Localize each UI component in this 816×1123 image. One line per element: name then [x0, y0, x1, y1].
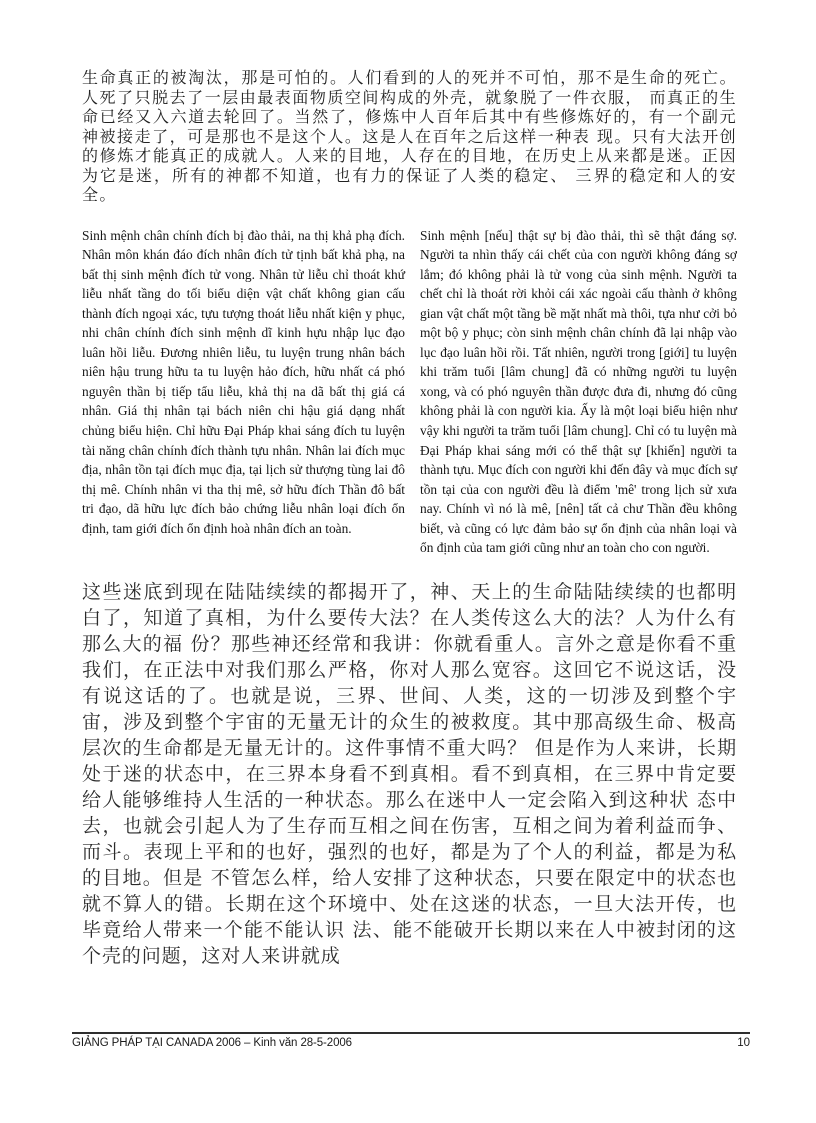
column-han-viet-transliteration: Sinh mệnh chân chính đích bị đào thải, n… — [82, 226, 405, 558]
page-content: 生命真正的被淘汰，那是可怕的。人们看到的人的死并不可怕，那不是生命的死亡。人死了… — [82, 68, 737, 969]
column-vietnamese-translation: Sinh mệnh [nếu] thật sự bị đào thải, thì… — [420, 226, 737, 558]
page-number: 10 — [737, 1037, 750, 1049]
footer-document-title: GIẢNG PHÁP TẠI CANADA 2006 – Kinh văn 28… — [72, 1037, 352, 1049]
paragraph-chinese-intro: 生命真正的被淘汰，那是可怕的。人们看到的人的死并不可怕，那不是生命的死亡。人死了… — [82, 68, 737, 205]
paragraph-chinese-body: 这些迷底到现在陆陆续续的都揭开了，神、天上的生命陆陆续续的也都明白了，知道了真相… — [82, 579, 737, 969]
two-column-section: Sinh mệnh chân chính đích bị đào thải, n… — [82, 226, 737, 558]
document-page: 生命真正的被淘汰，那是可怕的。人们看到的人的死并不可怕，那不是生命的死亡。人死了… — [0, 0, 816, 1123]
page-footer: GIẢNG PHÁP TẠI CANADA 2006 – Kinh văn 28… — [72, 1032, 750, 1049]
